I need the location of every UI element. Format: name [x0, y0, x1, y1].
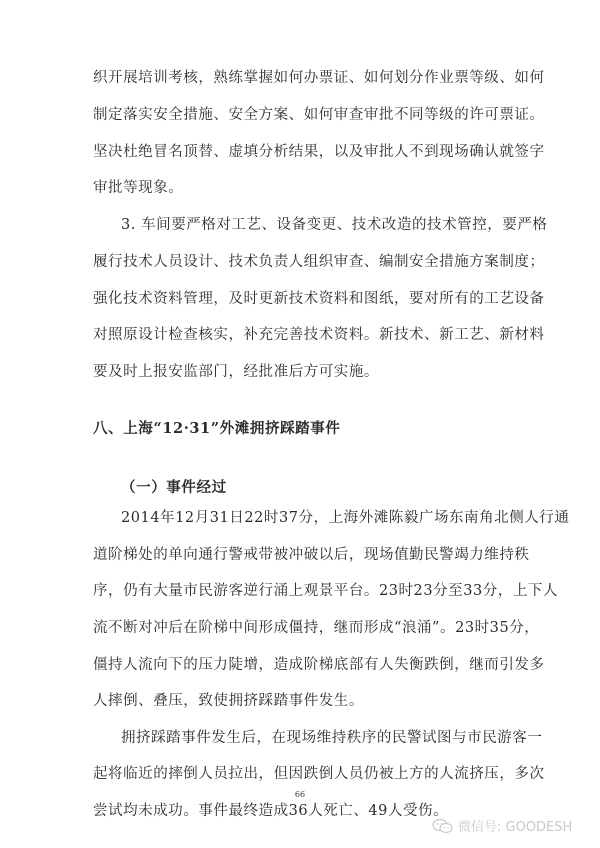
body-text-line: 道阶梯处的单向通行警戒带被冲破以后，现场值勤民警竭力维持秩: [93, 545, 513, 565]
body-text-line: 起将临近的摔倒人员拉出，但因跌倒人员仍被上方的人流挤压，多次: [93, 764, 513, 784]
body-text-line: 流不断对冲后在阶梯中间形成僵持，继而形成“浪涌”。23时35分，: [93, 618, 513, 638]
body-text-line: 强化技术资料管理，及时更新技术资料和图纸，要对所有的工艺设备: [93, 289, 513, 309]
body-text-line: 履行技术人员设计、技术负责人组织审查、编制安全措施方案制度；: [93, 252, 513, 272]
list-item-3-text: 3. 车间要严格对工艺、设备变更、技术改造的技术管控，要严格: [121, 215, 541, 235]
body-text-line: 对照原设计检查核实，补充完善技术资料。新技术、新工艺、新材料: [93, 325, 513, 345]
body-text-line: 制定落实安全措施、安全方案、如何审查审批不同等级的许可票证。: [93, 105, 513, 125]
page-number: 66: [0, 790, 600, 799]
wechat-watermark: 微信号: GOODESH: [432, 816, 572, 835]
body-text-line: 序，仍有大量市民游客逆行涌上观景平台。23时23分至33分，上下人: [93, 581, 513, 601]
body-text-line: 要及时上报安监部门，经批准后方可实施。: [93, 362, 513, 382]
subsection-heading: （一）事件经过: [121, 476, 227, 497]
body-text-line: 人摔倒、叠压，致使拥挤踩踏事件发生。: [93, 691, 513, 711]
watermark-text: 微信号: GOODESH: [458, 816, 572, 835]
body-text-line: 织开展培训考核，熟练掌握如何办票证、如何划分作业票等级、如何: [93, 68, 513, 88]
section-heading: 八、上海“12·31”外滩拥挤踩踏事件: [93, 417, 340, 438]
body-text-line: 2014年12月31日22时37分，上海外滩陈毅广场东南角北侧人行通: [121, 508, 541, 528]
document-page: 织开展培训考核，熟练掌握如何办票证、如何划分作业票等级、如何 制定落实安全措施、…: [0, 0, 600, 848]
wechat-icon: [432, 818, 454, 834]
body-text-line: 拥挤踩踏事件发生后，在现场维持秩序的民警试图与市民游客一: [121, 728, 541, 748]
body-text-line: 僵持人流向下的压力陡增，造成阶梯底部有人失衡跌倒，继而引发多: [93, 655, 513, 675]
body-text-line: 坚决杜绝冒名顶替、虚填分析结果，以及审批人不到现场确认就签字: [93, 142, 513, 162]
body-text-line: 审批等现象。: [93, 178, 513, 198]
